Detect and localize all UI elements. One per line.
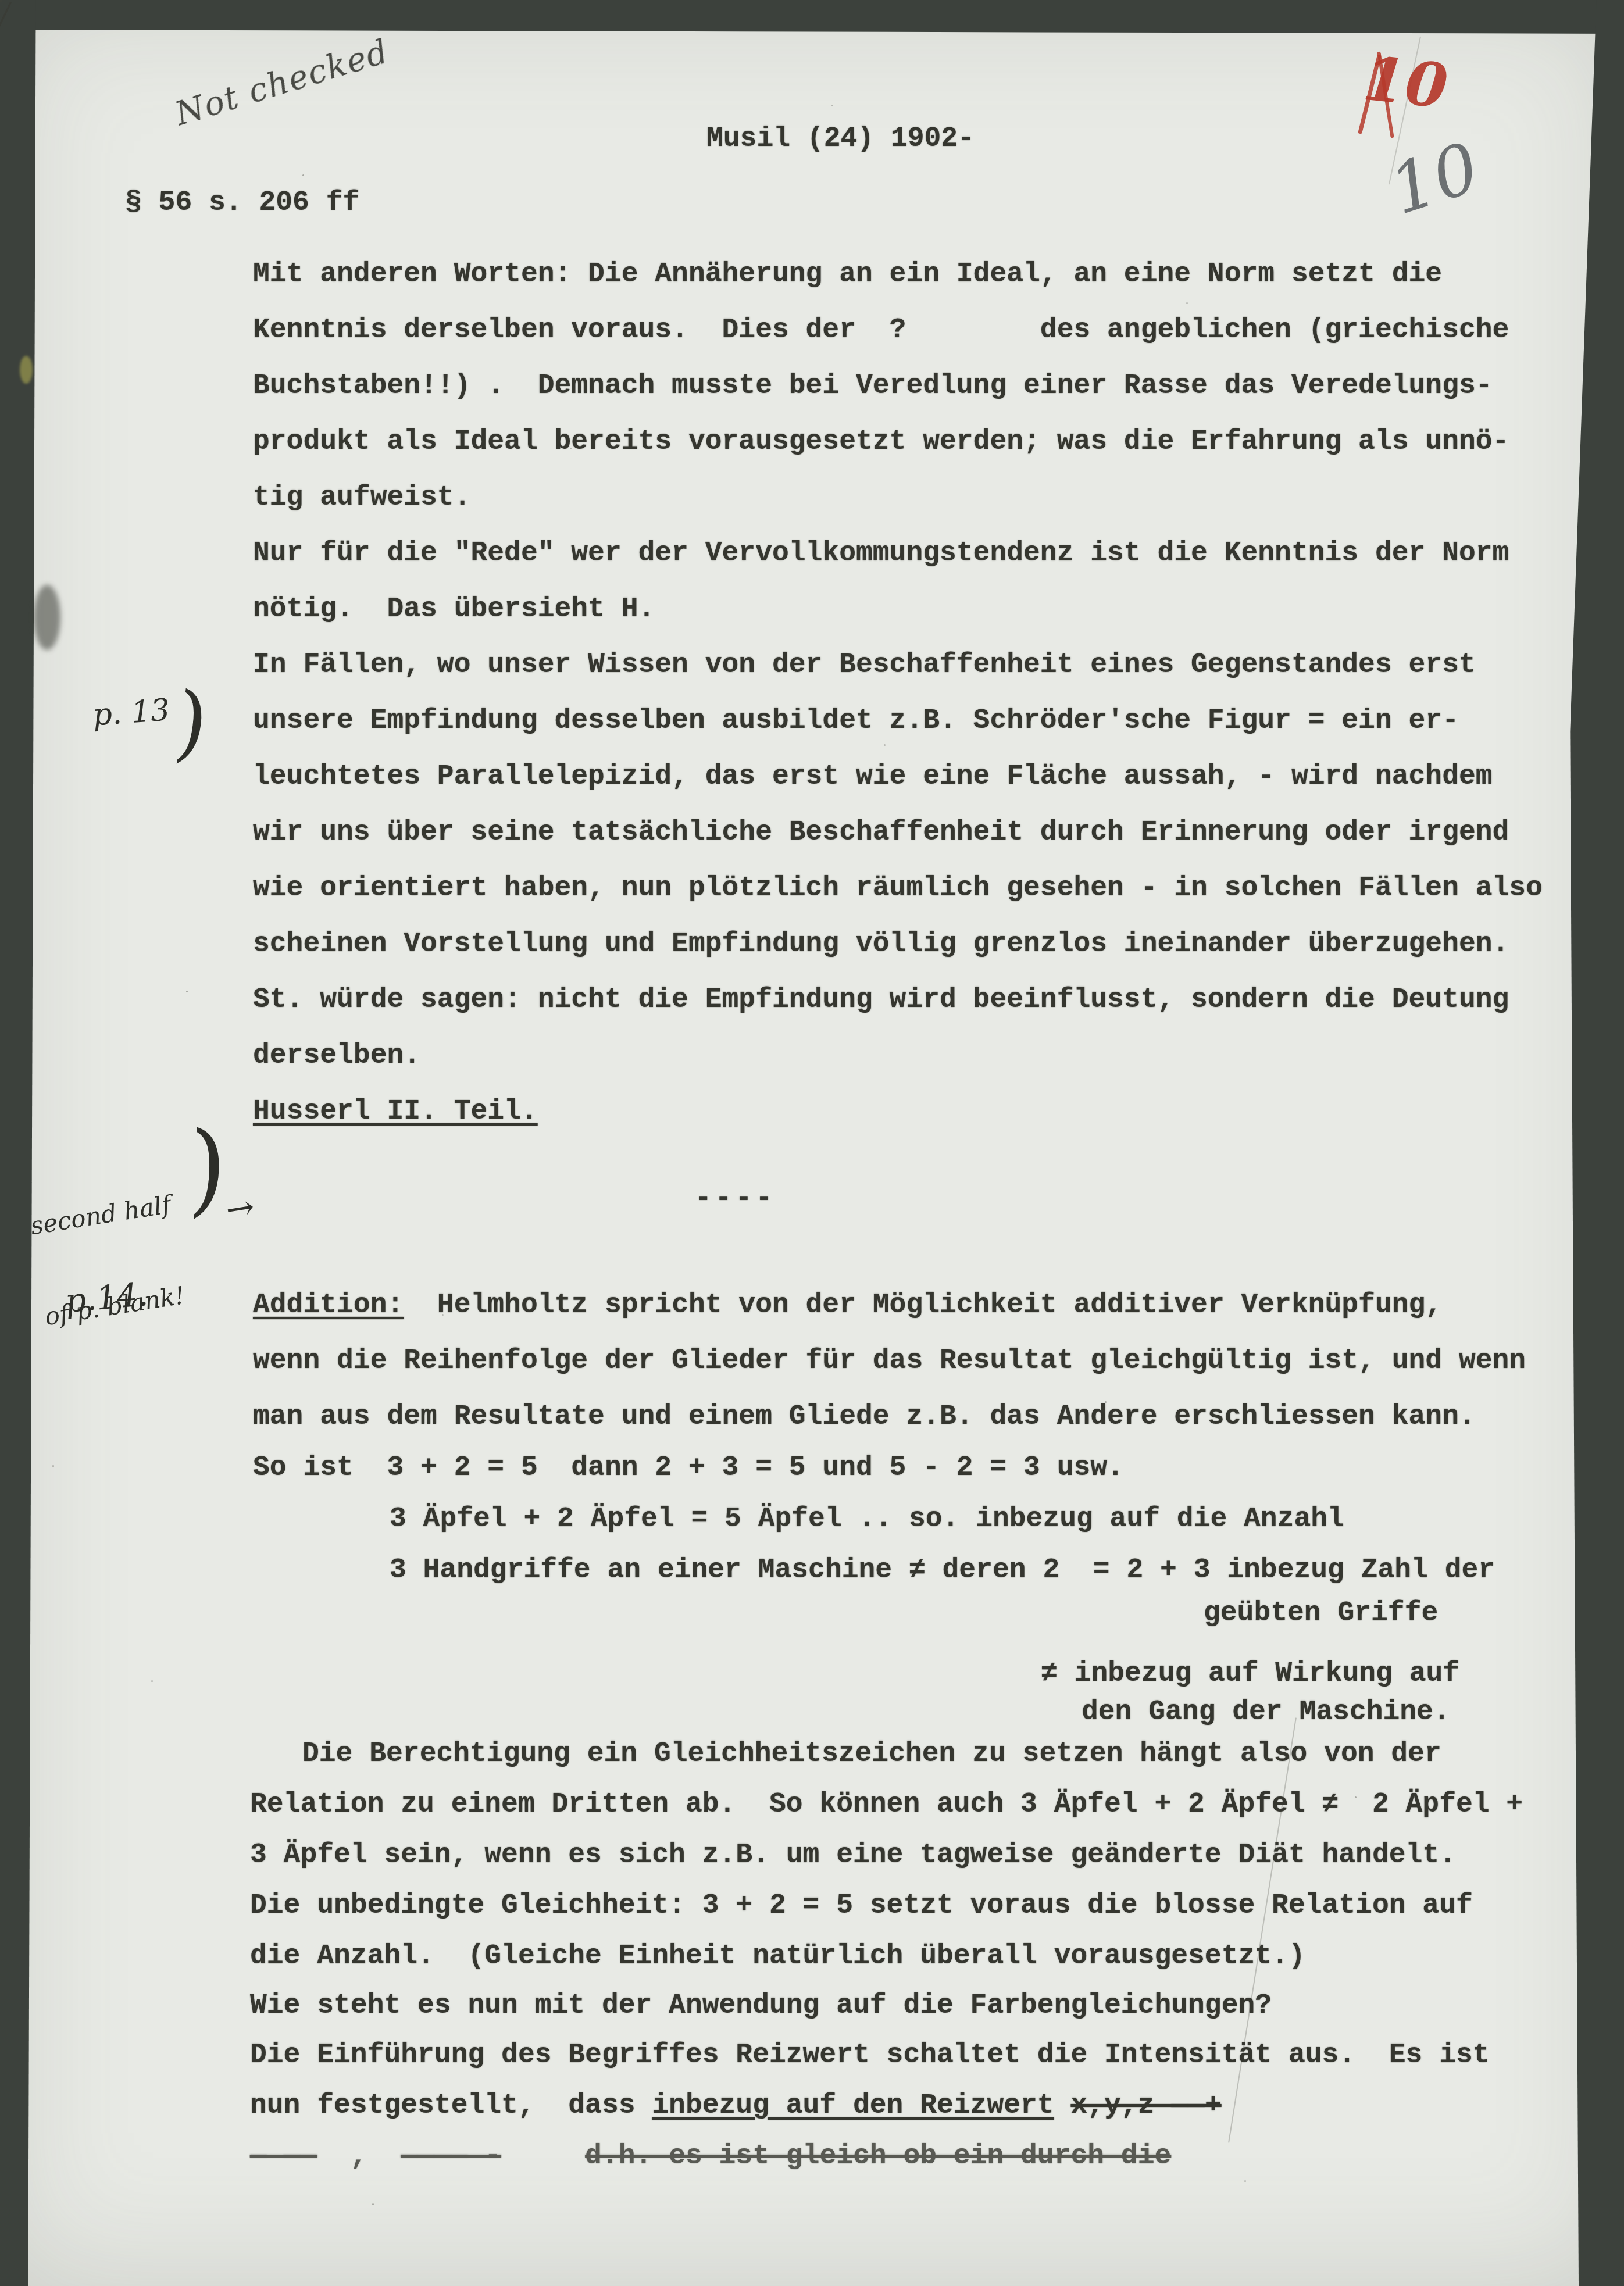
- underlined-text: inbezug auf den Reizwert: [652, 2090, 1054, 2121]
- doc-title: Musil (24) 1902-: [706, 123, 975, 155]
- typed-line: Kenntnis derselben voraus. Dies der ? de…: [253, 315, 1509, 347]
- struck-text: ———— -: [401, 2141, 501, 2172]
- typed-line: unsere Empfindung desselben ausbildet z.…: [253, 705, 1459, 737]
- typed-line: Mit anderen Worten: Die Annäherung an ei…: [253, 259, 1442, 291]
- typed-text-block: Musil (24) 1902-§ 56 s. 206 ffMit andere…: [0, 0, 1624, 2286]
- text-segment: 3 Äpfel + 2 Äpfel = 5 Äpfel .. so. inbez…: [390, 1503, 1344, 1535]
- text-segment: geübten Griffe: [1204, 1598, 1438, 1629]
- typed-line: ≠ inbezug auf Wirkung auf: [1041, 1658, 1459, 1690]
- typed-line: man aus dem Resultate und einem Gliede z…: [253, 1401, 1476, 1433]
- separator-dashes: ----: [695, 1183, 776, 1215]
- text-segment: tig aufweist.: [253, 482, 470, 513]
- underlined-text: Husserl II. Teil.: [253, 1096, 538, 1127]
- typed-line: geübten Griffe: [1204, 1598, 1438, 1630]
- text-segment: Musil (24) 1902-: [706, 123, 975, 155]
- scanned-document-page: Musil (24) 1902-§ 56 s. 206 ffMit andere…: [0, 0, 1624, 2286]
- text-segment: ≠ inbezug auf Wirkung auf: [1041, 1658, 1459, 1690]
- text-segment: die Anzahl. (Gleiche Einheit natürlich ü…: [250, 1941, 1305, 1972]
- text-segment: Mit anderen Worten: Die Annäherung an ei…: [253, 259, 1442, 290]
- text-segment: man aus dem Resultate und einem Gliede z…: [253, 1401, 1476, 1433]
- typed-line: wir uns über seine tatsächliche Beschaff…: [253, 817, 1509, 849]
- typed-line: Die unbedingte Gleichheit: 3 + 2 = 5 set…: [250, 1890, 1473, 1922]
- typed-line: den Gang der Maschine.: [1082, 1696, 1450, 1728]
- text-segment: Buchstaben!!) . Demnach musste bei Vered…: [253, 370, 1493, 402]
- struck-text: d.h. es ist gleich ob ein durch die: [585, 2141, 1171, 2172]
- text-segment: St. würde sagen: nicht die Empfindung wi…: [253, 984, 1509, 1016]
- typed-line: Die Berechtigung ein Gleichheitszeichen …: [302, 1738, 1441, 1770]
- margin-note-p13: p. 13): [49, 639, 212, 814]
- typed-line: Wie steht es nun mit der Anwendung auf d…: [250, 1990, 1272, 2022]
- text-segment: In Fällen, wo unser Wissen von der Besch…: [253, 649, 1476, 681]
- text-segment: produkt als Ideal bereits vorausgesetzt …: [253, 426, 1509, 458]
- text-segment: 3 Äpfel sein, wenn es sich z.B. um eine …: [250, 1839, 1456, 1871]
- struck-text: — ——: [250, 2141, 317, 2172]
- typed-line: In Fällen, wo unser Wissen von der Besch…: [253, 649, 1476, 681]
- typed-line: scheinen Vorstellung und Empfindung völl…: [253, 928, 1509, 960]
- typed-line: wenn die Reihenfolge der Glieder für das…: [253, 1345, 1526, 1377]
- typed-line: Die Einführung des Begriffes Reizwert sc…: [250, 2039, 1490, 2071]
- text-segment: unsere Empfindung desselben ausbildet z.…: [253, 705, 1459, 737]
- text-segment: nun festgestellt, dass: [250, 2090, 652, 2121]
- text-segment: leuchtetes Parallelepizid, das erst wie …: [253, 761, 1493, 792]
- text-segment: Relation zu einem Dritten ab. So können …: [250, 1789, 1523, 1820]
- text-segment: Die unbedingte Gleichheit: 3 + 2 = 5 set…: [250, 1890, 1473, 1921]
- margin-note-p14: p.14.: [63, 1276, 149, 1320]
- text-segment: scheinen Vorstellung und Empfindung völl…: [253, 928, 1509, 960]
- section-ref: § 56 s. 206 ff: [125, 187, 359, 219]
- equation-line: 3 Handgriffe an einer Maschine ≠ deren 2…: [390, 1555, 1495, 1587]
- text-segment: Nur für die "Rede" wer der Vervollkommun…: [253, 538, 1509, 569]
- text-segment: wie orientiert haben, nun plötzlich räum…: [253, 873, 1543, 904]
- margin-paren: ): [172, 674, 210, 770]
- text-segment: Die Einführung des Begriffes Reizwert sc…: [250, 2039, 1490, 2071]
- underlined-text: Addition:: [253, 1290, 404, 1321]
- husserl-heading: Husserl II. Teil.: [253, 1096, 538, 1128]
- text-segment: 3 Handgriffe an einer Maschine ≠ deren 2…: [390, 1555, 1495, 1586]
- typed-line: St. würde sagen: nicht die Empfindung wi…: [253, 984, 1509, 1016]
- text-segment: So ist 3 + 2 = 5 dann 2 + 3 = 5 und 5 - …: [253, 1452, 1124, 1484]
- text-segment: Die Berechtigung ein Gleichheitszeichen …: [302, 1738, 1441, 1770]
- text-segment: Wie steht es nun mit der Anwendung auf d…: [250, 1990, 1272, 2021]
- typed-line: die Anzahl. (Gleiche Einheit natürlich ü…: [250, 1941, 1305, 1973]
- text-segment: wir uns über seine tatsächliche Beschaff…: [253, 817, 1509, 848]
- struck-out-line: — —— , ———— - d.h. es ist gleich ob ein …: [250, 2141, 1171, 2173]
- text-segment: § 56 s. 206 ff: [125, 187, 359, 219]
- margin-note-second-half-line1: second half: [28, 1190, 173, 1242]
- struck-text: x,y,z ——+: [1070, 2090, 1221, 2121]
- text-segment: ,: [317, 2141, 401, 2172]
- text-segment: den Gang der Maschine.: [1082, 1696, 1450, 1728]
- text-segment: nötig. Das übersieht H.: [253, 594, 655, 625]
- text-segment: Helmholtz spricht von der Möglichkeit ad…: [404, 1290, 1442, 1321]
- typed-line: produkt als Ideal bereits vorausgesetzt …: [253, 426, 1509, 458]
- margin-note-p13-label: p. 13: [92, 692, 171, 733]
- text-segment: derselben.: [253, 1040, 420, 1071]
- equation-line: So ist 3 + 2 = 5 dann 2 + 3 = 5 und 5 - …: [253, 1452, 1124, 1484]
- text-segment: [1054, 2090, 1071, 2121]
- equation-line: 3 Äpfel + 2 Äpfel = 5 Äpfel .. so. inbez…: [390, 1503, 1344, 1535]
- typed-line: leuchtetes Parallelepizid, das erst wie …: [253, 761, 1493, 793]
- typed-line: Nur für die "Rede" wer der Vervollkommun…: [253, 538, 1509, 570]
- text-segment: wenn die Reihenfolge der Glieder für das…: [253, 1345, 1526, 1377]
- typed-line: derselben.: [253, 1040, 420, 1072]
- typed-line: nötig. Das übersieht H.: [253, 594, 655, 626]
- text-segment: Kenntnis derselben voraus. Dies der ? de…: [253, 315, 1509, 346]
- typed-line: wie orientiert haben, nun plötzlich räum…: [253, 873, 1543, 905]
- text-segment: [501, 2141, 585, 2172]
- addition-heading-line: Addition: Helmholtz spricht von der Mögl…: [253, 1290, 1442, 1321]
- text-segment: ----: [695, 1183, 776, 1215]
- typed-line: Buchstaben!!) . Demnach musste bei Vered…: [253, 370, 1493, 402]
- typed-line: tig aufweist.: [253, 482, 470, 514]
- reizwert-line: nun festgestellt, dass inbezug auf den R…: [250, 2090, 1222, 2122]
- typed-line: Relation zu einem Dritten ab. So können …: [250, 1789, 1523, 1821]
- typed-line: 3 Äpfel sein, wenn es sich z.B. um eine …: [250, 1839, 1456, 1871]
